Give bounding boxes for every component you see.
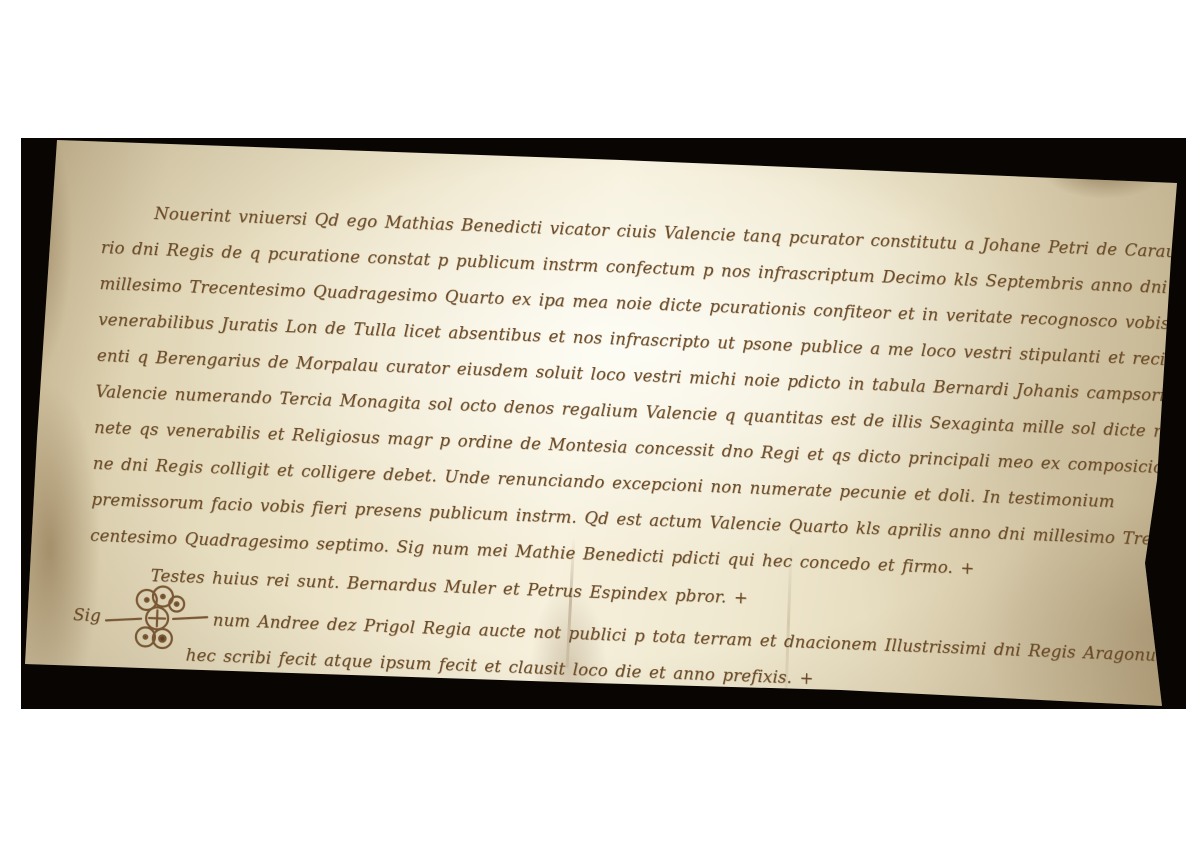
black-mat: Nouerint vniuersi Qd ego Mathias Benedic… — [21, 138, 1186, 709]
manuscript-text: Nouerint vniuersi Qd ego Mathias Benedic… — [85, 194, 1177, 710]
sig-prefix: Sig — [73, 597, 102, 634]
parchment-document: Nouerint vniuersi Qd ego Mathias Benedic… — [21, 138, 1186, 709]
manuscript-scan: Nouerint vniuersi Qd ego Mathias Benedic… — [0, 0, 1200, 848]
